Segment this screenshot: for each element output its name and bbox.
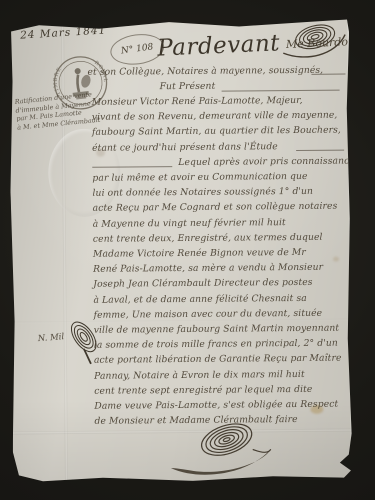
ink-rule	[311, 74, 345, 75]
manuscript-line: lui ont donnée les Notaires soussignés 1…	[92, 186, 313, 200]
foxing-spot	[333, 257, 339, 262]
paraph-flourish-bottom-icon	[164, 417, 283, 482]
manuscript-line: acte portant libération de Garantie Reçu…	[94, 353, 342, 367]
manuscript-line: Dame veuve Pais-Lamotte, s'est obligée a…	[94, 399, 338, 413]
ink-rule	[222, 90, 340, 92]
manuscript-line: à Mayenne du vingt neuf février mil huit	[93, 217, 286, 231]
manuscript-line: ville de mayenne faubourg Saint Martin m…	[94, 323, 340, 337]
manuscript-line: par lui même et avoir eu Communication q…	[92, 171, 307, 185]
photo-background: 24 Mars 1841 TIMBRE ROYAL Ratification d…	[0, 0, 375, 500]
manuscript-line: René Pais-Lamotte, sa mère a vendu à Mon…	[93, 262, 323, 276]
manuscript-line: la somme de trois mille francs en princi…	[94, 338, 338, 352]
manuscript-line: étant ce jourd'hui présent dans l'Étude	[92, 141, 278, 155]
paraph-flourish-top-icon	[277, 19, 349, 60]
manuscript-line: Lequel après avoir pris connaissance	[178, 155, 355, 169]
manuscript-line: Joseph Jean Clérambault Directeur des po…	[93, 277, 312, 291]
heading-pardevant: Pardevant	[157, 30, 281, 61]
manuscript-line: cent trente sept enregistré par lequel m…	[94, 384, 312, 398]
margin-note: Ratification d'une vente d'immeuble à Ma…	[14, 88, 117, 131]
ink-rule	[296, 150, 344, 151]
svg-text:TIMBRE: TIMBRE	[51, 66, 66, 97]
margin-paraph-flourish-icon	[56, 317, 111, 365]
manuscript-line: Madame Victoire Renée Bignon veuve de Mr	[93, 247, 306, 261]
manuscript-line: acte Reçu par Me Cognard et son collègue…	[93, 201, 338, 215]
fut-present-line: Fut Présent	[160, 81, 216, 93]
paper-edge-highlight	[347, 19, 353, 481]
manuscript-line: vivant de son Revenu, demeurant ville de…	[92, 110, 338, 124]
manuscript-line: faubourg Saint Martin, au quartier dit l…	[92, 125, 341, 139]
manuscript-line: femme, Une maison avec cour du devant, s…	[94, 308, 323, 322]
manuscript-line: et son Collègue, Notaires à mayenne, sou…	[87, 65, 323, 79]
manuscript-line: Monsieur Victor René Pais-Lamotte, Majeu…	[92, 95, 303, 109]
ink-rule	[92, 166, 172, 168]
document-paper: 24 Mars 1841 TIMBRE ROYAL Ratification d…	[9, 19, 353, 484]
manuscript-line: à Laval, et de dame anne félicité Chesna…	[93, 292, 307, 306]
manuscript-line: Pannay, Notaire à Evron le dix mars mil …	[94, 369, 305, 383]
manuscript-body: Monsieur Victor René Pais-Lamotte, Majeu…	[9, 19, 349, 22]
manuscript-line: cent trente deux, Enregistré, aux termes…	[93, 232, 323, 246]
